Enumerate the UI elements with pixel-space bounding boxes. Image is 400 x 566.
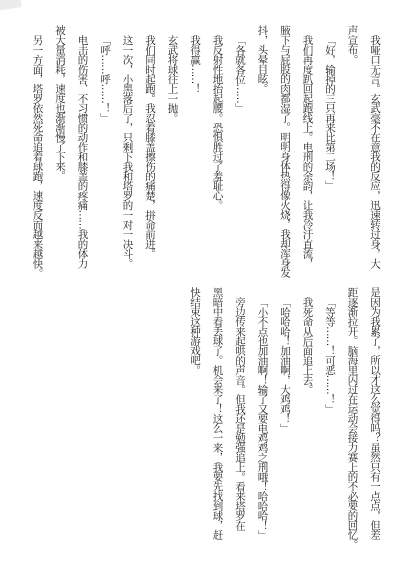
text-line: 电击的伤害、不习惯的动作和膝盖的疼痛……我的体力 — [71, 25, 94, 281]
text-line: 我反射性地抬起腰。恐惧胜过了羞耻心。 — [206, 25, 229, 281]
text-line: 「等等……！可恶……！」 — [319, 287, 342, 553]
vertical-text-tier-top: 我哑口无言。玄武毫不在意我的反应，迅速转过身，大声宣布。「好，输掉的三只再来比第… — [26, 25, 386, 281]
text-line: 旁边传来起哄的声音。但我还是勉强追上。看来塔罗在 — [229, 287, 252, 553]
text-line: 「好，输掉的三只再来比第二场！」 — [319, 25, 342, 281]
text-line: 我们再度趴回起跑线上。电刑的余韵，让我冷汗直流， — [296, 25, 319, 281]
text-line: 这一次，小黑落后了，只剩下我和塔罗的一对一决斗。 — [116, 25, 139, 281]
scan-smudge-artifact — [0, 0, 22, 11]
text-line: 玄武将球往上一抛。 — [161, 25, 184, 281]
text-line: 腋下与屁股的肉都湿了。明明身体热得像火烧，我却浑身发 — [274, 25, 297, 281]
text-line: 抖，头晕目眩。 — [251, 25, 274, 281]
text-line: 我们同时起跑。我忍着膝盖擦伤的痛楚，拼命前进。 — [139, 25, 162, 281]
text-line: 是因为我累了，所以才这么觉得吗？虽然只有一点点，但差 — [364, 287, 387, 553]
text-line: 我得赢……！ — [184, 25, 207, 281]
text-line: 另一方面，塔罗依然死命追着球跑，速度反而越来越快。 — [26, 25, 49, 281]
text-line: 声宣布。 — [341, 25, 364, 281]
text-line: 黑暗中看丢球了。机会来了！这么一来，我要先找到球，赶 — [206, 287, 229, 553]
text-line: 「小不点也加油啊！输了又要电鸡鸡之刑哦！哈哈哈！」 — [251, 287, 274, 553]
vertical-text-tier-bottom: 是因为我累了，所以才这么觉得吗？虽然只有一点点，但差距逐渐拉开。脑海里闪过在运动… — [184, 287, 387, 553]
text-line: 我哑口无言。玄武毫不在意我的反应，迅速转过身，大 — [364, 25, 387, 281]
text-line: 被大量消耗，速度也渐渐慢了下来。 — [49, 25, 72, 281]
text-line: 「呼……呼……！」 — [94, 25, 117, 281]
novel-page: 我哑口无言。玄武毫不在意我的反应，迅速转过身，大声宣布。「好，输掉的三只再来比第… — [0, 0, 400, 566]
text-line: 距逐渐拉开。脑海里闪过在运动会接力赛上的不必要的回忆。 — [341, 287, 364, 553]
text-line: 我死命从后面追上去。 — [296, 287, 319, 553]
text-line: 快结束这种游戏吧。 — [184, 287, 207, 553]
text-line: 「各就各位……」 — [229, 25, 252, 281]
text-line: 「哈哈哈！加油啊，大鸡鸡！」 — [274, 287, 297, 553]
